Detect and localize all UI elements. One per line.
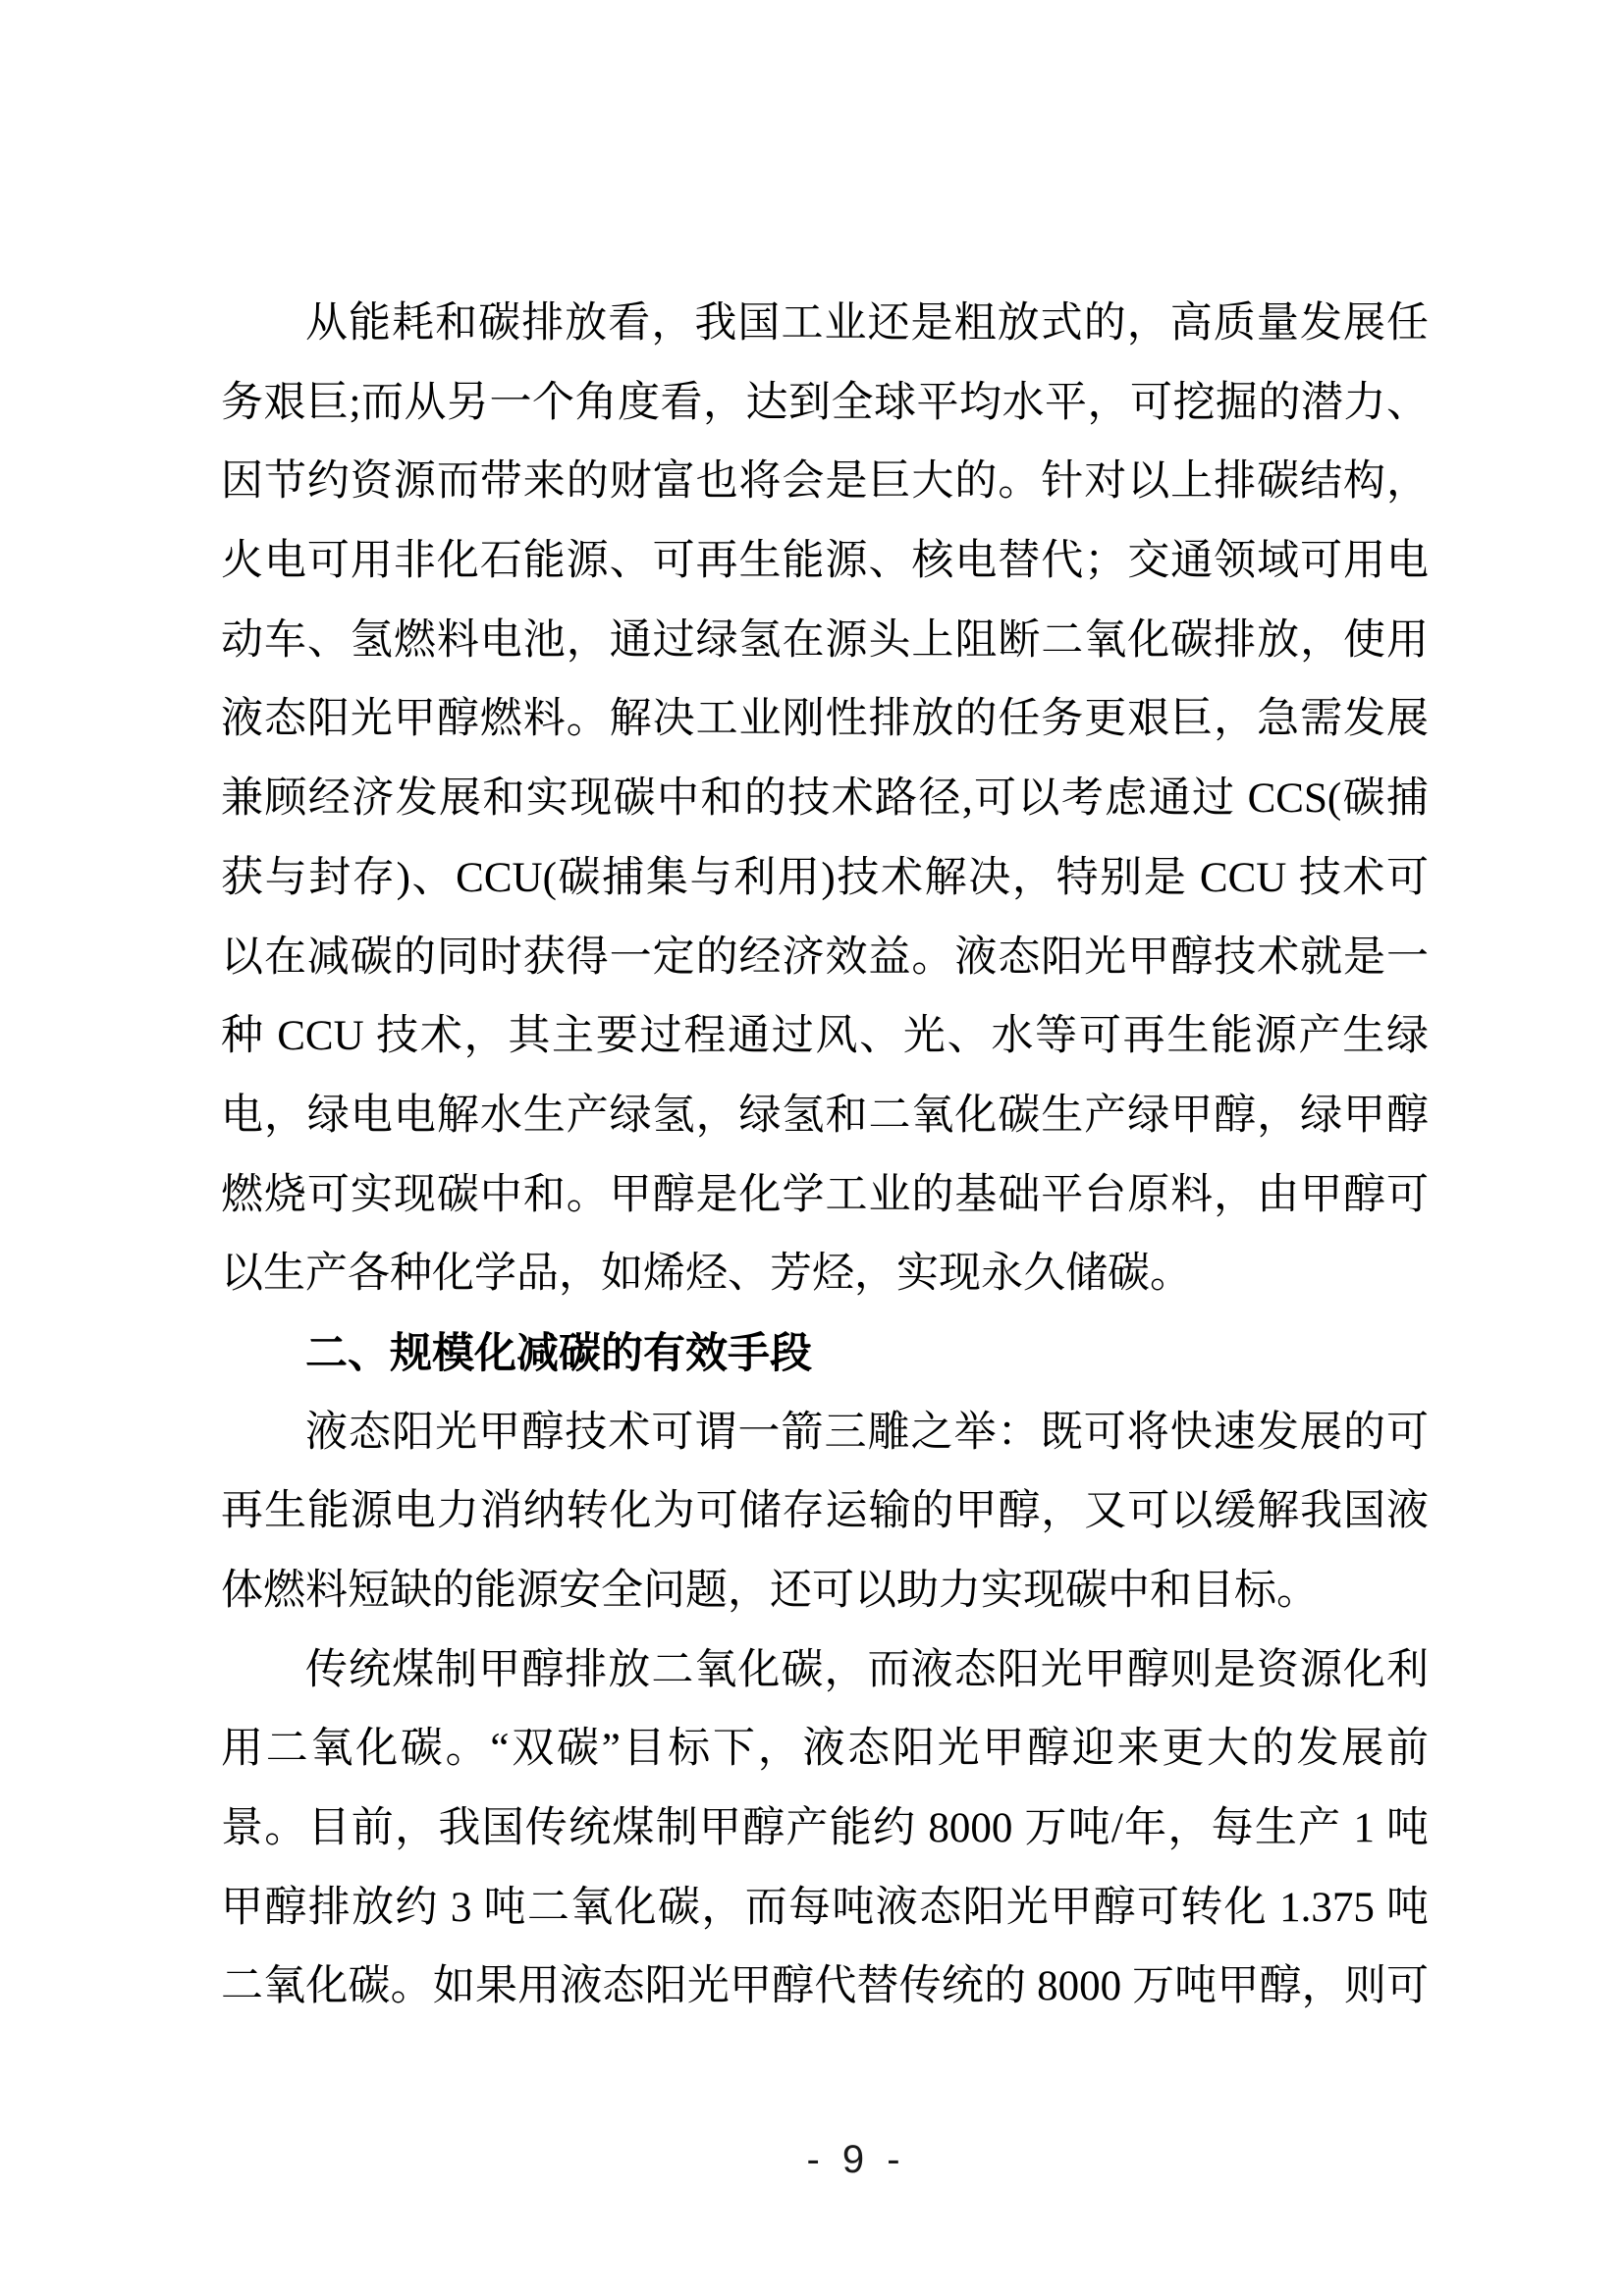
text-line: 动车、氢燃料电池，通过绿氢在源头上阻断二氧化碳排放，使用: [221, 602, 1429, 681]
text-line: 因节约资源而带来的财富也将会是巨大的。针对以上排碳结构，: [221, 443, 1429, 522]
text-line: 从能耗和碳排放看，我国工业还是粗放式的，高质量发展任: [221, 285, 1429, 364]
text-line: 二氧化碳。如果用液态阳光甲醇代替传统的 8000 万吨甲醇，则可: [221, 1948, 1429, 2027]
page-number: - 9 -: [0, 2138, 1624, 2182]
text-line: 种 CCU 技术，其主要过程通过风、光、水等可再生能源产生绿: [221, 997, 1429, 1077]
body-text: 从能耗和碳排放看，我国工业还是粗放式的，高质量发展任务艰巨;而从另一个角度看，达…: [221, 285, 1429, 2027]
text-line: 体燃料短缺的能源安全问题，还可以助力实现碳中和目标。: [221, 1552, 1429, 1631]
text-line: 获与封存)、CCU(碳捕集与利用)技术解决，特别是 CCU 技术可: [221, 839, 1429, 919]
text-line: 液态阳光甲醇技术可谓一箭三雕之举：既可将快速发展的可: [221, 1394, 1429, 1473]
text-line: 用二氧化碳。“双碳”目标下，液态阳光甲醇迎来更大的发展前: [221, 1710, 1429, 1789]
page-number-label: - 9 -: [806, 2138, 905, 2181]
text-line: 甲醇排放约 3 吨二氧化碳，而每吨液态阳光甲醇可转化 1.375 吨: [221, 1869, 1429, 1949]
section-heading: 二、规模化减碳的有效手段: [221, 1314, 1429, 1394]
text-line: 景。目前，我国传统煤制甲醇产能约 8000 万吨/年，每生产 1 吨: [221, 1789, 1429, 1869]
text-line: 务艰巨;而从另一个角度看，达到全球平均水平，可挖掘的潜力、: [221, 364, 1429, 444]
text-line: 电，绿电电解水生产绿氢，绿氢和二氧化碳生产绿甲醇，绿甲醇: [221, 1077, 1429, 1156]
text-line: 传统煤制甲醇排放二氧化碳，而液态阳光甲醇则是资源化利: [221, 1631, 1429, 1711]
text-line: 以生产各种化学品，如烯烃、芳烃，实现永久储碳。: [221, 1235, 1429, 1314]
text-line: 液态阳光甲醇燃料。解决工业刚性排放的任务更艰巨，急需发展: [221, 680, 1429, 760]
text-line: 再生能源电力消纳转化为可储存运输的甲醇，又可以缓解我国液: [221, 1472, 1429, 1552]
document-page: 从能耗和碳排放看，我国工业还是粗放式的，高质量发展任务艰巨;而从另一个角度看，达…: [0, 0, 1624, 2296]
text-line: 燃烧可实现碳中和。甲醇是化学工业的基础平台原料，由甲醇可: [221, 1156, 1429, 1236]
text-line: 兼顾经济发展和实现碳中和的技术路径,可以考虑通过 CCS(碳捕: [221, 760, 1429, 839]
text-line: 火电可用非化石能源、可再生能源、核电替代；交通领域可用电: [221, 522, 1429, 602]
text-line: 以在减碳的同时获得一定的经济效益。液态阳光甲醇技术就是一: [221, 919, 1429, 998]
